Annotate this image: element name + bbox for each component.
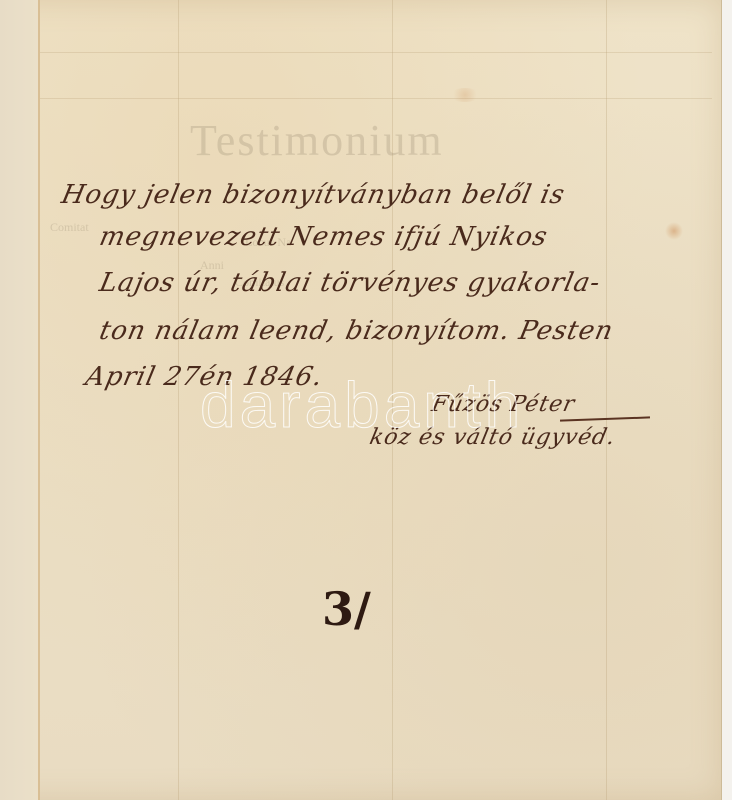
- bleed-through-fragment: Comitat: [50, 220, 89, 235]
- body-line: megnevezett Nemes ifjú Nyikos: [97, 222, 551, 252]
- crease-line: [40, 52, 712, 53]
- fold-line: [178, 0, 179, 800]
- crease-line: [40, 98, 712, 99]
- body-line: Lajos úr, táblai törvényes gyakorla-: [97, 268, 604, 298]
- body-line: Hogy jelen bizonyítványban belől is: [59, 180, 568, 210]
- body-line: ton nálam leend, bizonyítom. Pesten: [97, 316, 616, 346]
- fold-line: [606, 0, 607, 800]
- signature-flourish: [560, 416, 650, 421]
- bleed-through-title: Testimonium: [190, 115, 444, 166]
- watermark: darabanth: [200, 368, 524, 442]
- ink-stain: [665, 222, 683, 240]
- left-fold-strip: [0, 0, 40, 800]
- scan-border: [721, 0, 732, 800]
- folio-number: 3/: [322, 582, 371, 636]
- paper-sheet: Testimonium Locus Na Anni Comitatus Comi…: [0, 0, 722, 800]
- paper-stain: [450, 88, 480, 102]
